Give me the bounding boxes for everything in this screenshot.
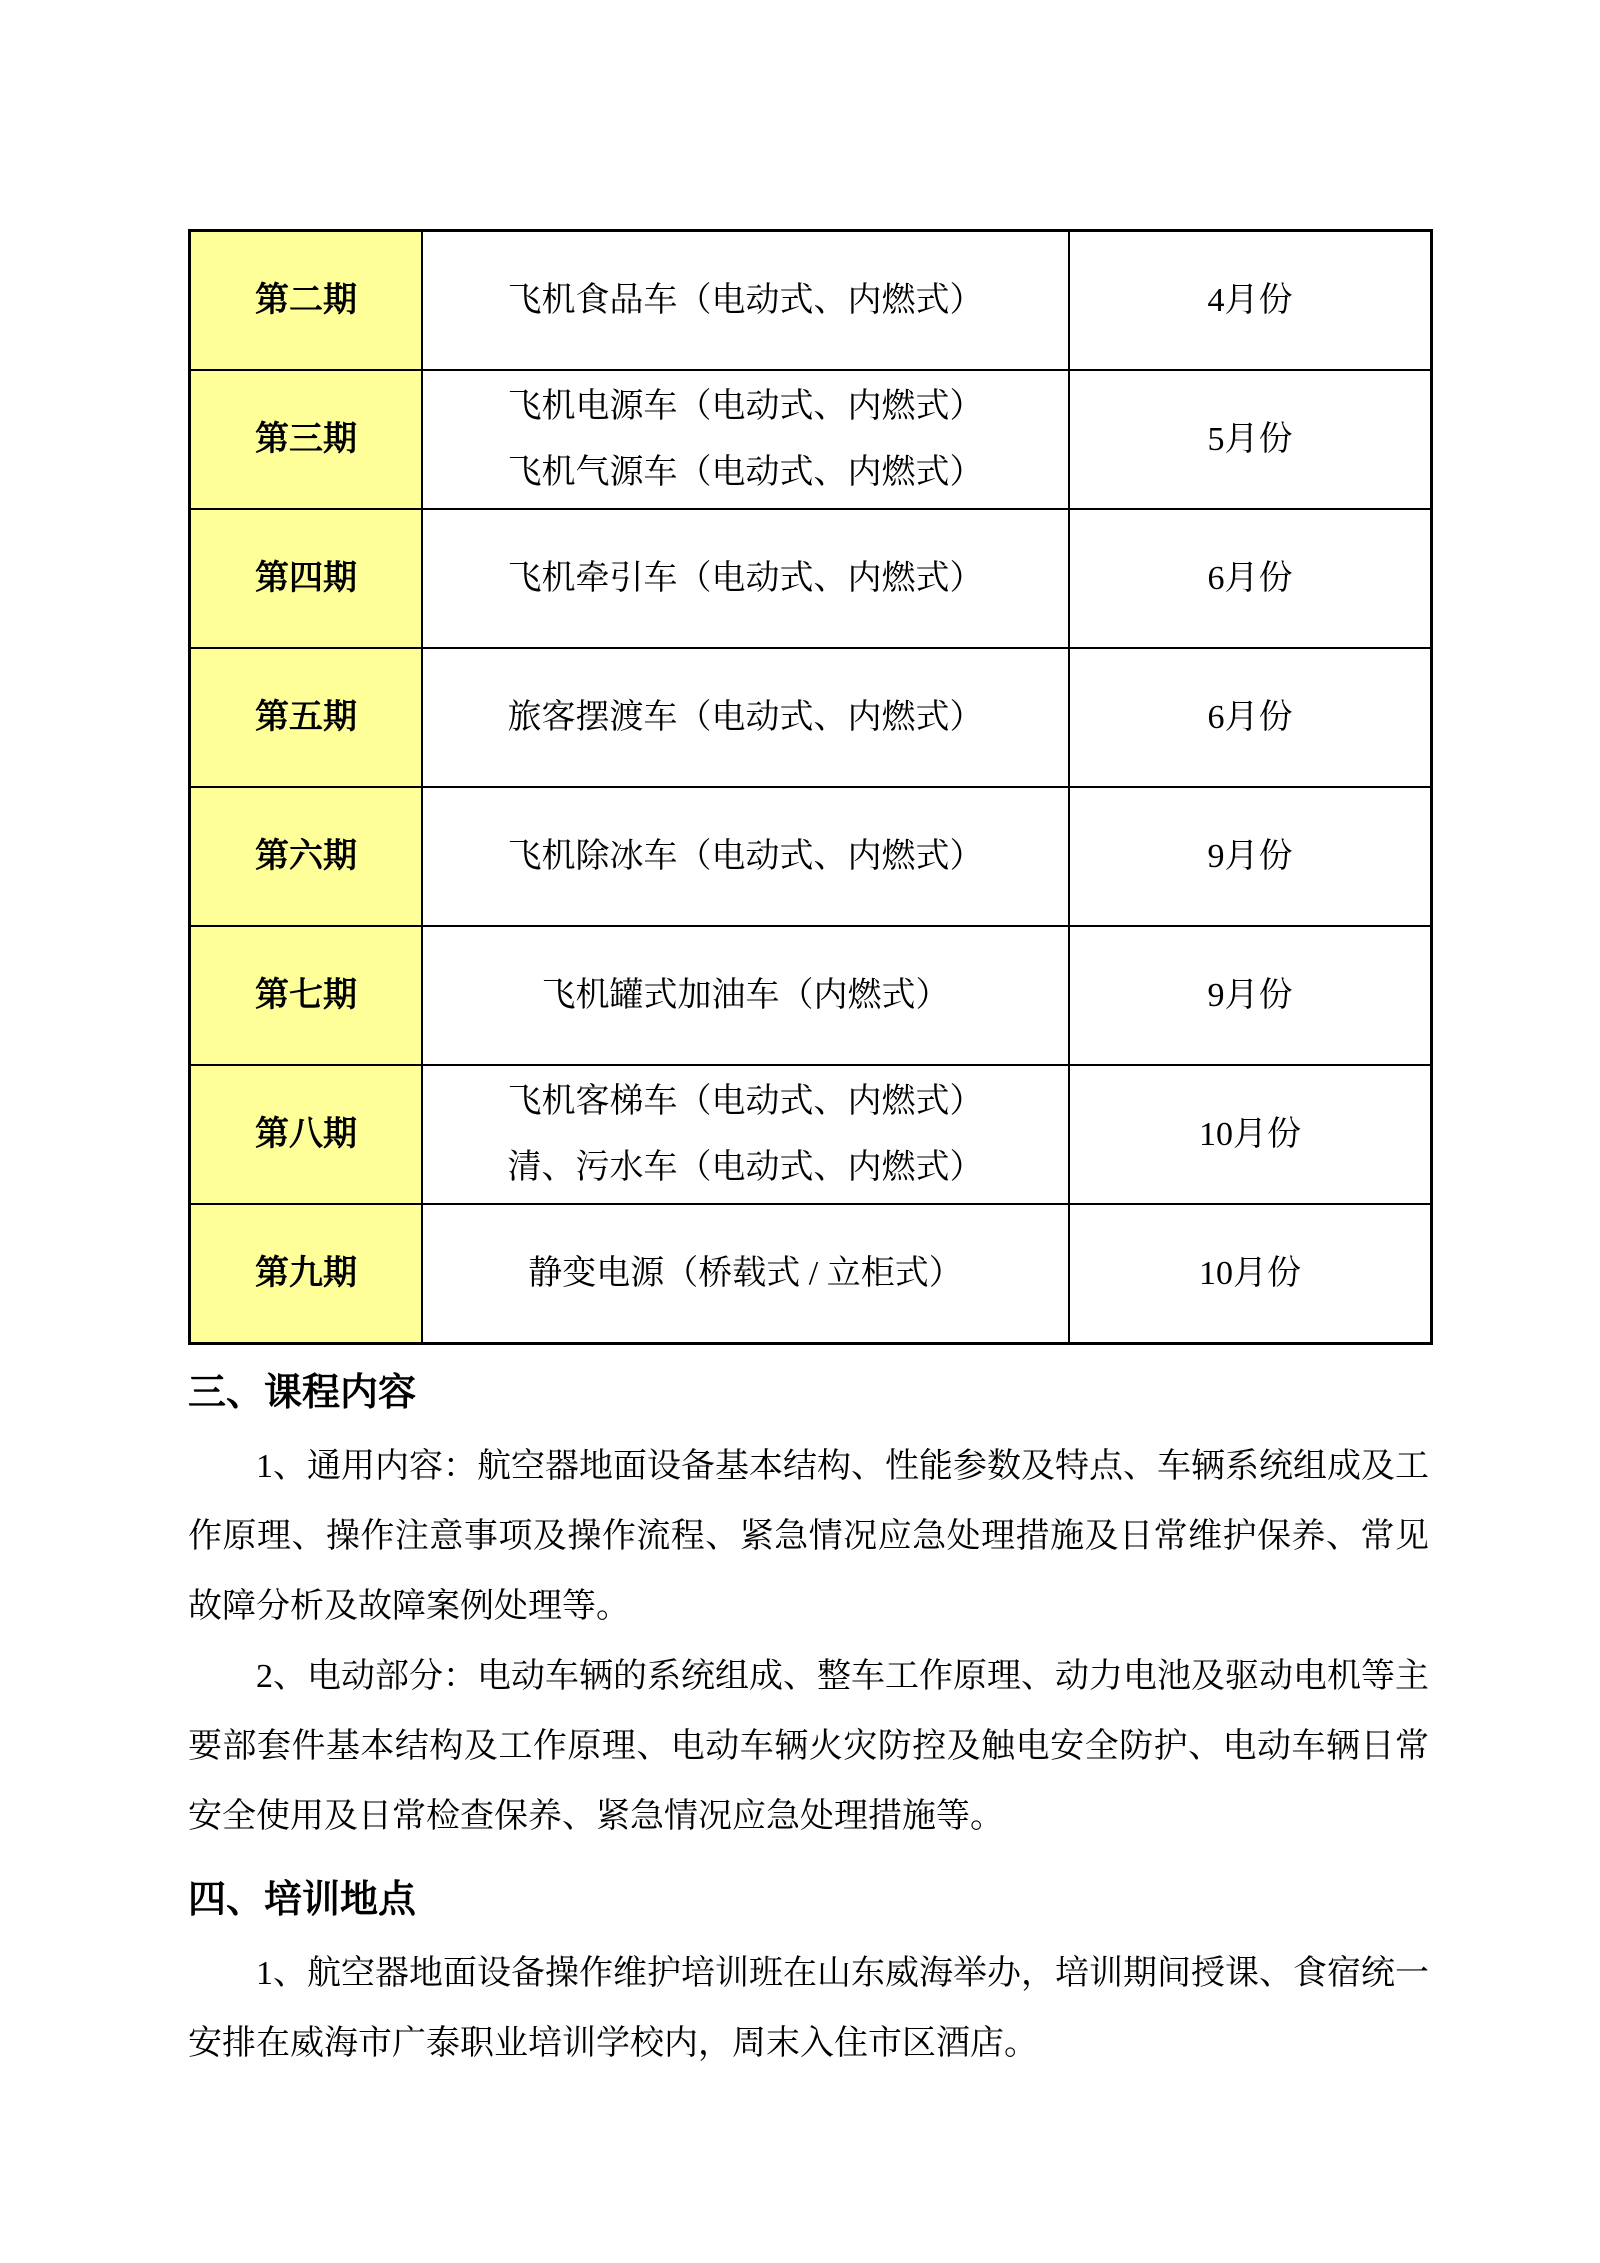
- month-cell: 9月份: [1069, 926, 1432, 1065]
- device-cell: 飞机除冰车（电动式、内燃式）: [422, 787, 1069, 926]
- period-cell: 第五期: [190, 648, 423, 787]
- month-cell: 9月份: [1069, 787, 1432, 926]
- device-cell: 飞机客梯车（电动式、内燃式） 清、污水车（电动式、内燃式）: [422, 1065, 1069, 1204]
- device-cell: 飞机食品车（电动式、内燃式）: [422, 231, 1069, 371]
- document-page: 第二期 飞机食品车（电动式、内燃式） 4月份 第三期 飞机电源车（电动式、内燃式…: [0, 0, 1600, 2263]
- table-row: 第二期 飞机食品车（电动式、内燃式） 4月份: [190, 231, 1432, 371]
- period-cell: 第四期: [190, 509, 423, 648]
- month-cell: 10月份: [1069, 1065, 1432, 1204]
- document-content: 第二期 飞机食品车（电动式、内燃式） 4月份 第三期 飞机电源车（电动式、内燃式…: [188, 229, 1429, 2079]
- device-cell: 飞机罐式加油车（内燃式）: [422, 926, 1069, 1065]
- section-heading-course-content: 三、课程内容: [188, 1368, 1429, 1418]
- paragraph-location: 1、航空器地面设备操作维护培训班在山东威海举办，培训期间授课、食宿统一安排在威海…: [188, 1939, 1429, 2079]
- device-cell: 飞机电源车（电动式、内燃式） 飞机气源车（电动式、内燃式）: [422, 370, 1069, 509]
- table-row: 第七期 飞机罐式加油车（内燃式） 9月份: [190, 926, 1432, 1065]
- table-row: 第六期 飞机除冰车（电动式、内燃式） 9月份: [190, 787, 1432, 926]
- paragraph-electric-content: 2、电动部分：电动车辆的系统组成、整车工作原理、动力电池及驱动电机等主要部套件基…: [188, 1642, 1429, 1852]
- period-cell: 第六期: [190, 787, 423, 926]
- table-row: 第三期 飞机电源车（电动式、内燃式） 飞机气源车（电动式、内燃式） 5月份: [190, 370, 1432, 509]
- table-row: 第五期 旅客摆渡车（电动式、内燃式） 6月份: [190, 648, 1432, 787]
- device-cell: 飞机牵引车（电动式、内燃式）: [422, 509, 1069, 648]
- month-cell: 10月份: [1069, 1204, 1432, 1344]
- table-row: 第八期 飞机客梯车（电动式、内燃式） 清、污水车（电动式、内燃式） 10月份: [190, 1065, 1432, 1204]
- month-cell: 4月份: [1069, 231, 1432, 371]
- period-cell: 第八期: [190, 1065, 423, 1204]
- period-cell: 第七期: [190, 926, 423, 1065]
- device-cell: 静变电源（桥载式 / 立柜式）: [422, 1204, 1069, 1344]
- period-cell: 第三期: [190, 370, 423, 509]
- training-schedule-table: 第二期 飞机食品车（电动式、内燃式） 4月份 第三期 飞机电源车（电动式、内燃式…: [188, 229, 1433, 1345]
- section-heading-training-location: 四、培训地点: [188, 1875, 1429, 1925]
- month-cell: 6月份: [1069, 648, 1432, 787]
- table-row: 第四期 飞机牵引车（电动式、内燃式） 6月份: [190, 509, 1432, 648]
- period-cell: 第二期: [190, 231, 423, 371]
- table-row: 第九期 静变电源（桥载式 / 立柜式） 10月份: [190, 1204, 1432, 1344]
- device-cell: 旅客摆渡车（电动式、内燃式）: [422, 648, 1069, 787]
- paragraph-general-content: 1、通用内容：航空器地面设备基本结构、性能参数及特点、车辆系统组成及工作原理、操…: [188, 1432, 1429, 1642]
- month-cell: 5月份: [1069, 370, 1432, 509]
- month-cell: 6月份: [1069, 509, 1432, 648]
- period-cell: 第九期: [190, 1204, 423, 1344]
